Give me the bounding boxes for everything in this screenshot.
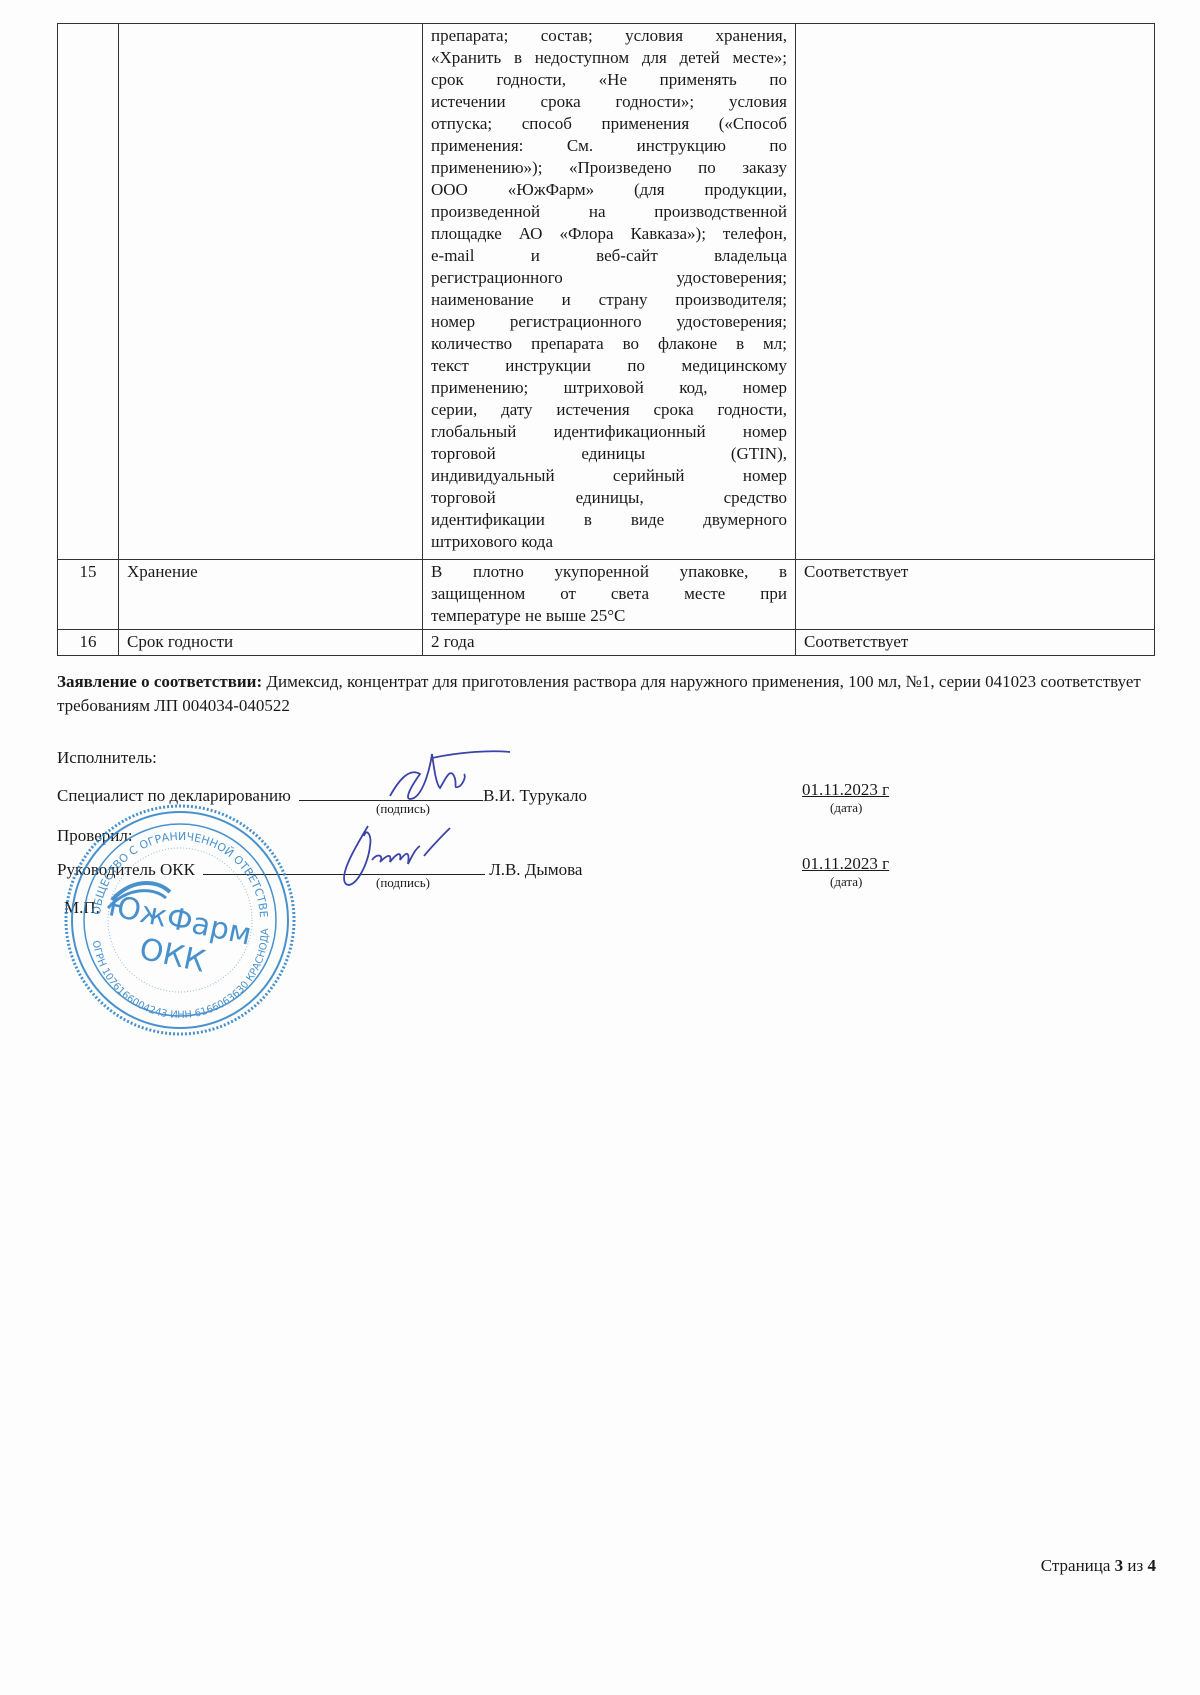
requirement-line: площадке АО «Флора Кавказа»); телефон,: [431, 223, 787, 245]
signature-turukalo-icon: [380, 748, 520, 808]
requirement-line: торговой единицы, средство: [431, 487, 787, 509]
requirement-line: В плотно укупоренной упаковке, в: [431, 561, 787, 583]
requirement-line: серии, дату истечения срока годности,: [431, 399, 787, 421]
requirement-line: наименование и страну производителя;: [431, 289, 787, 311]
requirement-line: количество препарата во флаконе в мл;: [431, 333, 787, 355]
requirement-line: индивидуальный серийный номер: [431, 465, 787, 487]
page-prefix: Страница: [1041, 1556, 1115, 1575]
result-cell: [796, 24, 1155, 560]
current-page: 3: [1115, 1556, 1124, 1575]
result-cell: Соответствует: [796, 630, 1155, 656]
row-number-cell: 15: [58, 560, 119, 630]
declaration-label: Заявление о соответствии:: [57, 672, 262, 691]
page-middle: из: [1123, 1556, 1147, 1575]
requirement-line: текст инструкции по медицинскому: [431, 355, 787, 377]
specialist-date-caption: (дата): [830, 800, 862, 816]
parameter-name-cell: Срок годности: [119, 630, 423, 656]
total-pages: 4: [1148, 1556, 1157, 1575]
parameter-name-cell: Хранение: [119, 560, 423, 630]
requirement-line: торговой единицы (GTIN),: [431, 443, 787, 465]
requirement-line: срок годности, «Не применять по: [431, 69, 787, 91]
requirement-line: отпуска; способ применения («Способ: [431, 113, 787, 135]
document-page: препарата; состав; условия хранения,«Хра…: [0, 0, 1200, 1695]
table-row: 15 Хранение В плотно укупоренной упаковк…: [58, 560, 1155, 630]
requirement-line: идентификации в виде двумерного: [431, 509, 787, 531]
requirement-line: 2 года: [431, 631, 787, 653]
result-cell: Соответствует: [796, 560, 1155, 630]
head-name: Л.В. Дымова: [489, 860, 582, 879]
requirement-cell: 2 года: [423, 630, 796, 656]
requirement-line: применения: См. инструкцию по: [431, 135, 787, 157]
row-number-cell: [58, 24, 119, 560]
requirement-line: температуре не выше 25°С: [431, 605, 787, 627]
requirement-line: номер регистрационного удостоверения;: [431, 311, 787, 333]
requirement-cell: препарата; состав; условия хранения,«Хра…: [423, 24, 796, 560]
declaration-of-conformity: Заявление о соответствии: Димексид, конц…: [57, 670, 1157, 718]
requirement-line: штрихового кода: [431, 531, 787, 553]
requirement-line: произведенной на производственной: [431, 201, 787, 223]
parameter-name-cell: [119, 24, 423, 560]
executor-label: Исполнитель:: [57, 748, 157, 768]
requirement-cell: В плотно укупоренной упаковке, взащищенн…: [423, 560, 796, 630]
requirement-line: глобальный идентификационный номер: [431, 421, 787, 443]
head-date-caption: (дата): [830, 874, 862, 890]
specialist-date: 01.11.2023 г: [802, 780, 889, 800]
signature-dymova-icon: [328, 816, 478, 896]
requirement-line: препарата; состав; условия хранения,: [431, 25, 787, 47]
head-date: 01.11.2023 г: [802, 854, 889, 874]
table-row-continued: препарата; состав; условия хранения,«Хра…: [58, 24, 1155, 560]
requirement-line: защищенном от света месте при: [431, 583, 787, 605]
requirement-line: e-mail и веб-сайт владельца: [431, 245, 787, 267]
requirement-line: «Хранить в недоступном для детей месте»;: [431, 47, 787, 69]
requirement-line: ООО «ЮжФарм» (для продукции,: [431, 179, 787, 201]
specification-table: препарата; состав; условия хранения,«Хра…: [57, 23, 1155, 656]
requirement-line: регистрационного удостоверения;: [431, 267, 787, 289]
row-number-cell: 16: [58, 630, 119, 656]
company-seal-stamp-icon: ОБЩЕСТВО С ОГРАНИЧЕННОЙ ОТВЕТСТВЕННОСТЬЮ…: [60, 800, 300, 1040]
table-row: 16 Срок годности 2 года Соответствует: [58, 630, 1155, 656]
requirement-line: истечении срока годности»; условия: [431, 91, 787, 113]
requirement-line: применению; штриховой код, номер: [431, 377, 787, 399]
requirement-line: применению»); «Произведено по заказу: [431, 157, 787, 179]
page-footer: Страница 3 из 4: [1041, 1556, 1156, 1576]
